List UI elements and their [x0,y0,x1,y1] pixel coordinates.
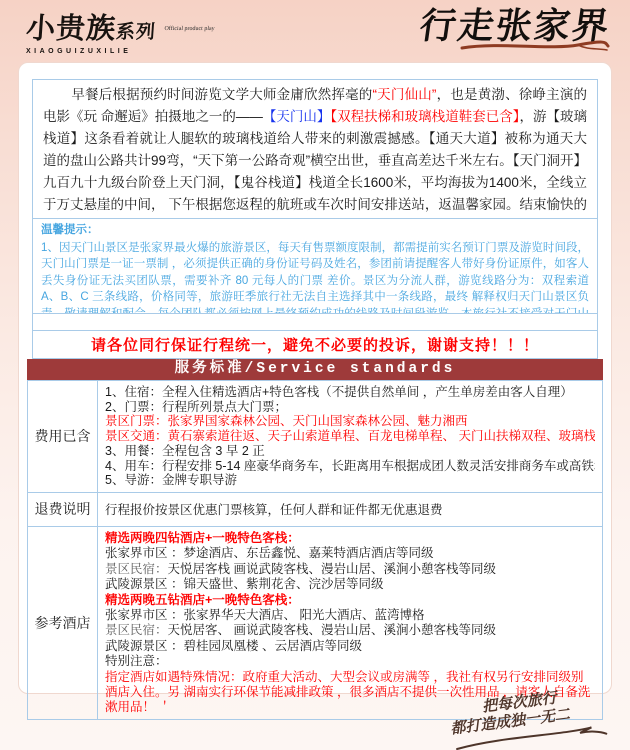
header-calligraphy: 行走张家界 [420,6,610,52]
text-segment: 景区交通：黄石寨索道往返、天子山索道单程、百龙电梯单程、 天门山扶梯双程、玻璃栈… [105,429,595,443]
row-label: 参考酒店 [28,526,98,719]
text-segment: 精选两晚五钻酒店+一晚特色客栈： [105,593,300,607]
content-line: 景区民宿：天悦居客栈 画说武陵客栈、漫岩山居、溪涧小憩客栈等同级 [105,562,595,577]
text-segment: “天门仙山” [373,87,437,102]
content-line: 景区民宿：天悦居客、 画说武陵客栈、漫岩山居、溪涧小憩客栈等同级 [105,623,595,638]
notice-row: 请各位同行保证行程统一，避免不必要的投诉，谢谢支持！！！ [32,330,598,359]
row-content: 1、住宿：全程入住精选酒店+特色客栈（不提供自然单间 ，产生单房差由客人自理）2… [98,381,603,493]
text-segment: 景区民宿： [105,623,168,637]
row-content: 精选两晚四钻酒店+一晚特色客栈：张家界市区 ：梦途酒店、东岳鑫悦、嘉莱特酒店酒店… [98,526,603,719]
table-row-fees: 费用已含1、住宿：全程入住精选酒店+特色客栈（不提供自然单间 ，产生单房差由客人… [28,381,603,493]
text-segment: 景区民宿： [105,562,168,576]
tips-title: 温馨提示： [41,222,589,239]
row-label: 费用已含 [28,381,98,493]
text-segment: ，游【玻璃栈道】这条看着就让人腿软的玻璃栈道给人带来的刺激震撼感。【通天大道】被… [43,109,587,219]
service-standards-banner: 服务标准/Service standards [27,359,603,380]
brand-logo: 小贵族系列 Official product play XIAOGUIZUXIL… [26,14,215,55]
text-segment: 张家界市区 ：梦途酒店、东岳鑫悦、嘉莱特酒店酒店等同级 [105,546,433,560]
logo-suffix-text: 系列 [115,22,156,43]
text-segment: 【天门山】 [263,109,331,124]
content-line: 武陵源景区 ：锦天盛世、紫荆花舍、浣沙居等同级 [105,577,595,592]
content-card: 早餐后根据预约时间游览文学大师金庸欣然挥毫的“天门仙山”，也是黄渤、徐峥主演的电… [18,62,612,694]
header-calligraphy-text: 行走张家界 [417,6,613,46]
content-line: 精选两晚四钻酒店+一晚特色客栈： [105,531,595,546]
page-header: 小贵族系列 Official product play XIAOGUIZUXIL… [0,0,630,62]
text-segment: 景区门票：张家界国家森林公园、天门山国家森林公园、魅力湘西 [105,414,468,428]
text-segment: 行程报价按景区优惠门票核算，任何人群和证件都无优惠退费 [105,503,443,517]
spacer-row [32,313,598,331]
text-segment: 3、用餐：全程包含 3 早 2 正 [105,444,265,458]
boxes-inset: 早餐后根据预约时间游览文学大师金庸欣然挥毫的“天门仙山”，也是黄渤、徐峥主演的电… [27,79,603,359]
text-segment: 1、住宿：全程入住精选酒店+特色客栈（不提供自然单间 ，产生单房差由客人自理） [105,385,573,399]
text-segment: 天悦居客栈 画说武陵客栈、漫岩山居、溪涧小憩客栈等同级 [168,562,496,576]
text-segment: 5、导游：金牌专职导游 [105,473,237,487]
content-line: 张家界市区 ：张家界华天大酒店、 阳光大酒店、蓝湾博格 [105,608,595,623]
service-standards-banner-text: 服务标准/Service standards [175,361,456,377]
itinerary-paragraph: 早餐后根据预约时间游览文学大师金庸欣然挥毫的“天门仙山”，也是黄渤、徐峥主演的电… [32,79,598,219]
tips-body: 1、因天门山景区是张家界最火爆的旅游景区，每天有售票额度限制，都需提前实名预订门… [41,240,589,315]
logo-caption-text: Official product play [164,26,215,32]
content-line: 1、住宿：全程入住精选酒店+特色客栈（不提供自然单间 ，产生单房差由客人自理） [105,385,595,400]
text-segment: 武陵源景区 ：碧桂园凤凰楼 、云居酒店等同级 [105,639,362,653]
text-segment: 2、门票：行程所列景点大门票； [105,400,287,414]
content-line: 武陵源景区 ：碧桂园凤凰楼 、云居酒店等同级 [105,639,595,654]
content-line: 精选两晚五钻酒店+一晚特色客栈： [105,593,595,608]
content-line: 2、门票：行程所列景点大门票； [105,400,595,415]
content-line: 行程报价按景区优惠门票核算，任何人群和证件都无优惠退费 [105,500,595,518]
text-segment: 天悦居客、 画说武陵客栈、漫岩山居、溪涧小憩客栈等同级 [168,623,496,637]
service-table: 费用已含1、住宿：全程入住精选酒店+特色客栈（不提供自然单间 ，产生单房差由客人… [27,380,603,720]
logo-subtitle-text: XIAOGUIZUXILIE [26,48,215,55]
content-line: 4、用车：行程安排 5-14 座豪华商务车，长距离用车根据成团人数灵活安排商务车… [105,459,595,474]
text-segment: 4、用车：行程安排 5-14 座豪华商务车，长距离用车根据成团人数灵活安排商务车… [105,459,595,473]
content-line: 张家界市区 ：梦途酒店、东岳鑫悦、嘉莱特酒店酒店等同级 [105,546,595,561]
logo-title-text: 小贵族 [25,13,117,45]
row-content: 行程报价按景区优惠门票核算，任何人群和证件都无优惠退费 [98,492,603,526]
text-segment: 武陵源景区 ：锦天盛世、紫荆花舍、浣沙居等同级 [105,577,383,591]
text-segment: 【双程扶梯和玻璃栈道鞋套已含】 [330,109,519,124]
content-line: 景区门票：张家界国家森林公园、天门山国家森林公园、魅力湘西 [105,414,595,429]
row-label: 退费说明 [28,492,98,526]
table-row-refund: 退费说明行程报价按景区优惠门票核算，任何人群和证件都无优惠退费 [28,492,603,526]
content-line: 5、导游：金牌专职导游 [105,473,595,488]
content-line: 景区交通：黄石寨索道往返、天子山索道单程、百龙电梯单程、 天门山扶梯双程、玻璃栈… [105,429,595,444]
tips-box: 温馨提示： 1、因天门山景区是张家界最火爆的旅游景区，每天有售票额度限制，都需提… [32,218,598,314]
table-row-hotels: 参考酒店精选两晚四钻酒店+一晚特色客栈：张家界市区 ：梦途酒店、东岳鑫悦、嘉莱特… [28,526,603,719]
brand-logo-title: 小贵族系列 Official product play [25,14,216,48]
notice-text: 请各位同行保证行程统一，避免不必要的投诉，谢谢支持！！！ [91,337,539,354]
text-segment: 张家界市区 ：张家界华天大酒店、 阳光大酒店、蓝湾博格 [105,608,424,622]
text-segment: 特别注意： [105,654,168,668]
content-line: 特别注意： [105,654,595,669]
content-line: 3、用餐：全程包含 3 早 2 正 [105,444,595,459]
text-segment: 精选两晚四钻酒店+一晚特色客栈： [105,531,300,545]
text-segment: 早餐后根据预约时间游览文学大师金庸欣然挥毫的 [71,87,372,102]
